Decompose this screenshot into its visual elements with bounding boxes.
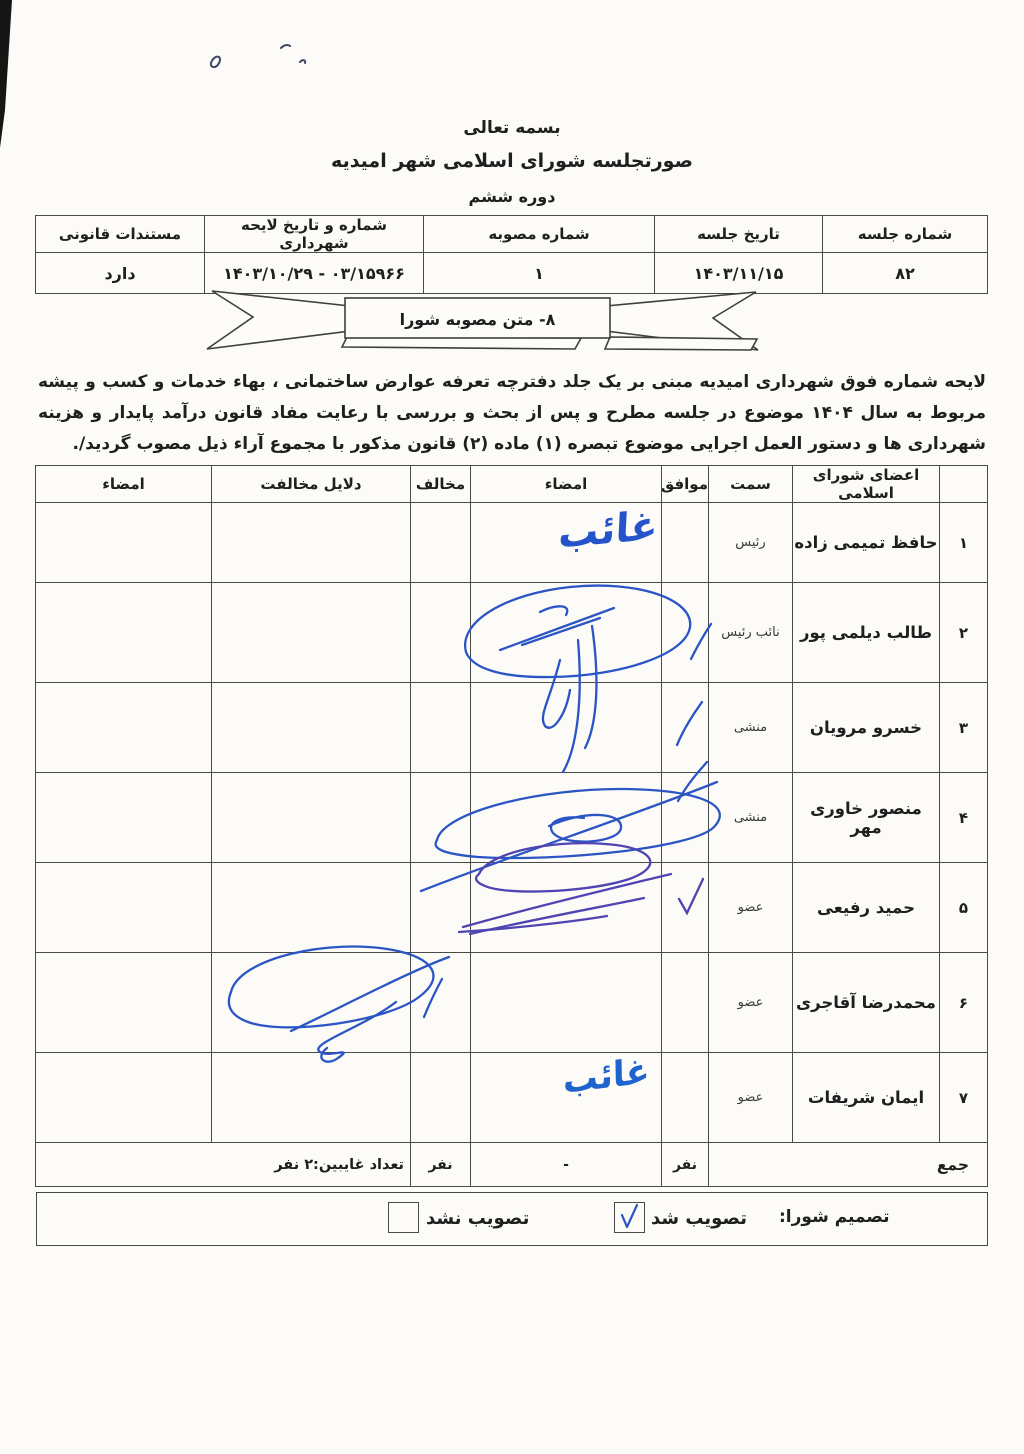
signature2-cell	[36, 1053, 212, 1143]
oppose-cell	[411, 583, 471, 683]
member-name: ایمان شریفات	[793, 1053, 940, 1143]
member-name: خسرو مرویان	[793, 683, 940, 773]
term-line: دوره ششم	[0, 187, 1024, 206]
oppose-header: مخالف	[411, 466, 471, 503]
resolution-text: لایحه شماره فوق شهرداری امیدیه مبنی بر ی…	[38, 367, 986, 460]
oppose-reasons-cell	[212, 863, 411, 953]
member-position: رئیس	[709, 503, 793, 583]
council-decision-box: تصمیم شورا: تصویب شد تصویب نشد	[36, 1192, 988, 1246]
row-number-header	[940, 466, 988, 503]
agree-cell	[662, 773, 709, 863]
agree-total-unit: نفر	[662, 1143, 709, 1187]
signature2-cell	[36, 503, 212, 583]
members-header: اعضای شورای اسلامی	[793, 466, 940, 503]
row-number: ۷	[940, 1053, 988, 1143]
ribbon-left-tail	[207, 291, 350, 349]
oppose-cell	[411, 1053, 471, 1143]
signature2-cell	[36, 683, 212, 773]
agree-cell	[662, 503, 709, 583]
oppose-reasons-cell	[212, 503, 411, 583]
member-row: ۶ محمدرضا آقاجری عضو	[36, 953, 988, 1053]
approved-label: تصویب شد	[651, 1208, 747, 1229]
absent-count: تعداد غایبین:۲ نفر	[36, 1143, 411, 1187]
agree-cell	[662, 953, 709, 1053]
member-name: منصور خاوری مهر	[793, 773, 940, 863]
info-header-row: شماره جلسه تاریخ جلسه شماره مصوبه شماره …	[36, 216, 988, 253]
member-position: منشی	[709, 773, 793, 863]
members-header-row: اعضای شورای اسلامی سمت موافق امضاء مخالف…	[36, 466, 988, 503]
decision-label: تصمیم شورا:	[779, 1207, 890, 1227]
rejected-checkbox	[388, 1202, 419, 1233]
row-number: ۴	[940, 773, 988, 863]
signature-cell	[471, 503, 662, 583]
agree-cell	[662, 863, 709, 953]
bill-no-date-header: شماره و تاریخ لایحه شهرداری	[205, 216, 424, 253]
session-info-table: شماره جلسه تاریخ جلسه شماره مصوبه شماره …	[35, 215, 988, 294]
oppose-cell	[411, 953, 471, 1053]
oppose-reasons-cell	[212, 953, 411, 1053]
member-row: ۲ طالب دیلمی پور نائب رئیس	[36, 583, 988, 683]
signature-header: امضاء	[471, 466, 662, 503]
signature-cell	[471, 683, 662, 773]
rejected-label: تصویب نشد	[426, 1208, 529, 1229]
totals-label: جمع	[709, 1143, 988, 1187]
signature-cell	[471, 583, 662, 683]
row-number: ۱	[940, 503, 988, 583]
signature-cell	[471, 1053, 662, 1143]
member-name: حافظ تمیمی زاده	[793, 503, 940, 583]
oppose-cell	[411, 863, 471, 953]
row-number: ۵	[940, 863, 988, 953]
pen-scribbles	[211, 45, 305, 67]
member-row: ۵ حمید رفیعی عضو	[36, 863, 988, 953]
bismillah-line: بسمه تعالی	[0, 118, 1024, 138]
member-row: ۴ منصور خاوری مهر منشی	[36, 773, 988, 863]
oppose-reasons-cell	[212, 773, 411, 863]
row-number: ۲	[940, 583, 988, 683]
agree-cell	[662, 583, 709, 683]
agree-cell	[662, 1053, 709, 1143]
oppose-reasons-cell	[212, 583, 411, 683]
session-no-header: شماره جلسه	[823, 216, 988, 253]
member-name: محمدرضا آقاجری	[793, 953, 940, 1053]
legal-docs-header: مستندات قانونی	[36, 216, 205, 253]
member-position: عضو	[709, 1053, 793, 1143]
position-header: سمت	[709, 466, 793, 503]
members-table: اعضای شورای اسلامی سمت موافق امضاء مخالف…	[35, 465, 988, 1187]
member-row: ۷ ایمان شریفات عضو	[36, 1053, 988, 1143]
resolution-no-header: شماره مصوبه	[424, 216, 655, 253]
approved-checkmark-icon	[615, 1203, 644, 1232]
member-position: نائب رئیس	[709, 583, 793, 683]
signature2-cell	[36, 863, 212, 953]
member-row: ۱ حافظ تمیمی زاده رئیس	[36, 503, 988, 583]
oppose-cell	[411, 773, 471, 863]
signature-total-dash: -	[471, 1143, 662, 1187]
member-name: حمید رفیعی	[793, 863, 940, 953]
signature-cell	[471, 863, 662, 953]
oppose-reasons-cell	[212, 1053, 411, 1143]
totals-row: جمع نفر - نفر تعداد غایبین:۲ نفر	[36, 1143, 988, 1187]
signature2-cell	[36, 773, 212, 863]
member-row: ۳ خسرو مرویان منشی	[36, 683, 988, 773]
ribbon-title: ۸- متن مصوبه شورا	[345, 302, 610, 336]
signature-cell	[471, 773, 662, 863]
agree-header: موافق	[662, 466, 709, 503]
member-position: عضو	[709, 953, 793, 1053]
member-position: عضو	[709, 863, 793, 953]
page-title: صورتجلسه شورای اسلامی شهر امیدیه	[0, 150, 1024, 172]
session-date-header: تاریخ جلسه	[655, 216, 823, 253]
member-name: طالب دیلمی پور	[793, 583, 940, 683]
signature2-cell	[36, 583, 212, 683]
approved-checkbox	[614, 1202, 645, 1233]
oppose-total-unit: نفر	[411, 1143, 471, 1187]
ribbon-right-fold	[605, 337, 757, 350]
oppose-cell	[411, 503, 471, 583]
scanned-council-minutes-page: بسمه تعالی صورتجلسه شورای اسلامی شهر امی…	[0, 0, 1024, 1454]
row-number: ۶	[940, 953, 988, 1053]
oppose-cell	[411, 683, 471, 773]
row-number: ۳	[940, 683, 988, 773]
oppose-reasons-header: دلایل مخالفت	[212, 466, 411, 503]
agree-cell	[662, 683, 709, 773]
signature-cell	[471, 953, 662, 1053]
oppose-reasons-cell	[212, 683, 411, 773]
signature2-cell	[36, 953, 212, 1053]
member-position: منشی	[709, 683, 793, 773]
signature2-header: امضاء	[36, 466, 212, 503]
